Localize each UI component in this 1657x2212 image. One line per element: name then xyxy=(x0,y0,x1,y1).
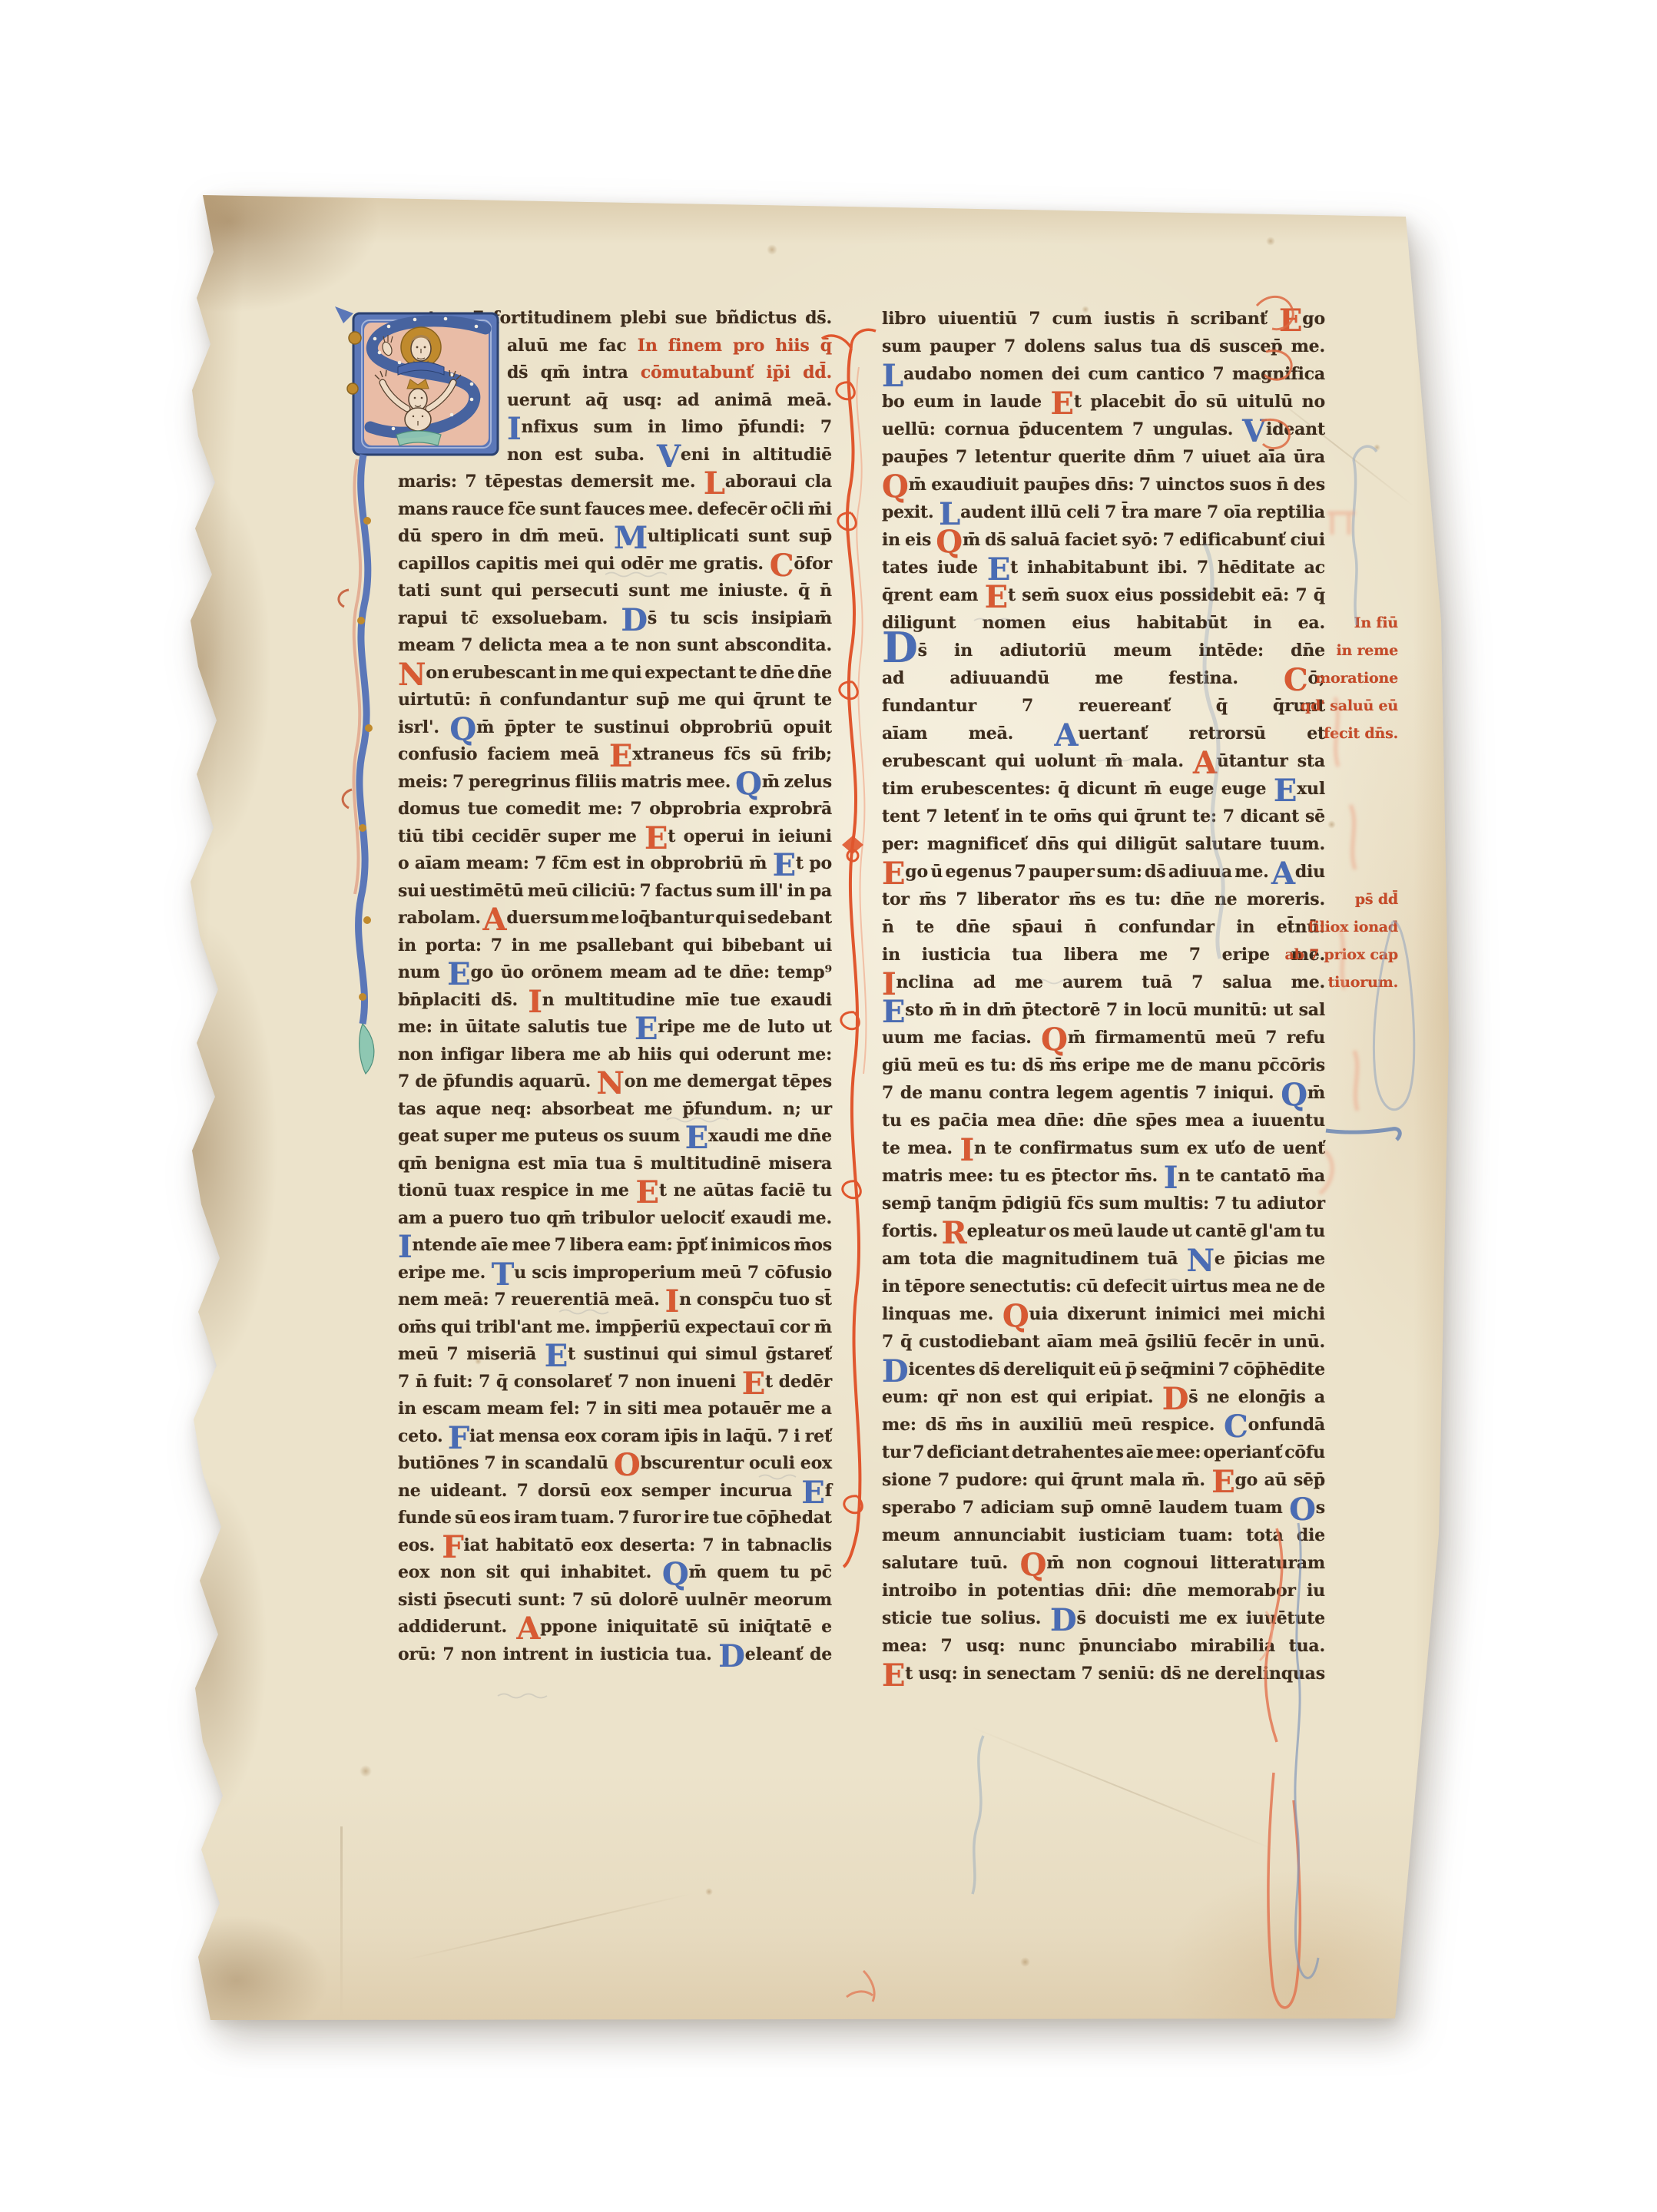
vellum-crease xyxy=(340,1826,343,2018)
manuscript-line: rapuitc̄exsoluebam.Ds̄tuscisinsipiam̄ xyxy=(398,605,832,633)
margin-rubric: ps̄ dd̄ xyxy=(1355,886,1398,913)
manuscript-line: om̄squitribl'antme.impp̄eriūexpectauīcor… xyxy=(398,1314,832,1342)
manuscript-line: oaīammeam:7fc̄mestinobprobriūm̄Etpo xyxy=(398,850,832,878)
parchment-surface: rutem7fortitudinemplebisuebñdictusds̄.al… xyxy=(175,190,1460,2026)
manuscript-line: capilloscapitismeiquiodērmegratis.Cōfor xyxy=(398,551,832,578)
vellum-crease xyxy=(970,1727,1277,1852)
manuscript-line: tatesiudeEtinhabitabuntibi.7hēditateac xyxy=(882,554,1325,581)
manuscript-line: sione7pudore:quiq̄runtmalam̄.Egoaūsēp̄ xyxy=(882,1466,1325,1494)
manuscript-line: sperabo7adiciamsup̄omnēlaudemtuamOs xyxy=(882,1494,1325,1522)
manuscript-line: Qm̄exaudiuitpaup̄esdn̄s:7uinctossuosn̄de… xyxy=(882,471,1325,498)
manuscript-line: rutem7fortitudinemplebisuebñdictusds̄. xyxy=(398,305,832,333)
manuscript-line: meumannunciabitiusticiamtuam:totadie xyxy=(882,1522,1325,1549)
manuscript-line: 7q̄custodiebantaīammeāḡsiliūfecērinunū. xyxy=(882,1328,1325,1356)
manuscript-line: mea:7usq:nuncp̄nunciabomirabiliatua. xyxy=(882,1632,1325,1660)
manuscript-line: eripeme.Tuscisimproperiummeū7cōfusio xyxy=(398,1260,832,1287)
manuscript-line: Infixussuminlimop̄fundi:7 xyxy=(398,414,832,442)
manuscript-line: uellū:cornuap̄ducentem7ungulas.Videant xyxy=(882,416,1325,443)
manuscript-line: amtotadiemagnitudinemtuāNep̄iciasme xyxy=(882,1245,1325,1273)
manuscript-line: tur7deficiantdetrahentesaīemee:operianťc… xyxy=(882,1439,1325,1466)
margin-rubric: moratione xyxy=(1315,664,1398,692)
manuscript-line: aluūmefacInfinemprohiisq̄ xyxy=(398,333,832,360)
manuscript-line: erubescantquiuoluntm̄mala.Aūtantursta xyxy=(882,747,1325,775)
manuscript-line: tatisuntquipersecutisuntmeiniuste.q̄n̄ xyxy=(398,578,832,605)
manuscript-line: tuespac̄iameadn̄e:dn̄esp̄esmeaaiuuentu xyxy=(882,1107,1325,1134)
manuscript-line: isrl'.Qm̄p̄ptertesustinuiobprobriūopuit xyxy=(398,714,832,742)
manuscript-line: Etusq:insenectam7seniū:ds̄nederelinquas xyxy=(882,1660,1325,1687)
manuscript-line: 7dep̄fundisaquarū.Nonmedemergattēpes xyxy=(398,1068,832,1096)
margin-rubric: ab 7 priox cap xyxy=(1284,941,1398,969)
margin-rubric: in reme xyxy=(1336,637,1398,664)
manuscript-line: Egoūegenus7paupersum:ds̄adiuuame.Adiu xyxy=(882,858,1325,886)
manuscript-line: paup̄es7letenturqueritedn̄m7uiuetaīaūra xyxy=(882,443,1325,471)
manuscript-line: boeuminlaudeEtplacebitd̄osūuitulūno xyxy=(882,388,1325,416)
manuscript-line: confusiofaciemmeāExtraneusfc̄ssūfrib; xyxy=(398,741,832,769)
manuscript-line: tasaqueneq:absorbeatmep̄fundum.n;ur xyxy=(398,1096,832,1124)
manuscript-line: meis:7peregrinusfiliismatrismee.Qm̄zelus xyxy=(398,769,832,796)
manuscript-line: Ds̄inadiutoriūmeumintēde:dn̄ein reme xyxy=(882,637,1325,664)
foxing-spot xyxy=(1020,1957,1030,1967)
manuscript-line: butiōnes7inscandalūObscurenturoculieox xyxy=(398,1450,832,1478)
manuscript-line: tent7letenťinteom̄squiq̄runtte:7dicantsē xyxy=(882,803,1325,830)
manuscript-line: inporta:7inmepsallebantquibibebantui xyxy=(398,932,832,960)
manuscript-line: sumpauper7dolenssalustuads̄suscep̄me. xyxy=(882,333,1325,360)
manuscript-line: ineisQm̄ds̄saluāfacietsyō:7edificabunťci… xyxy=(882,526,1325,554)
manuscript-line: 7demanucontralegemagentis7iniqui.Qm̄ xyxy=(882,1079,1325,1107)
manuscript-line: sistip̄secutisunt:7sūdolorēuulnērmeorum xyxy=(398,1587,832,1614)
manuscript-line: suiuestimētūmeūciliciū:7factussumill'inp… xyxy=(398,878,832,906)
marginal-vine xyxy=(339,455,374,1074)
manuscript-line: uirtutū:n̄confundantursup̄mequiq̄runtte xyxy=(398,687,832,714)
manuscript-line: librouiuentiū7cumiustisn̄scribanťEgo xyxy=(882,305,1325,333)
manuscript-line: mansraucefc̄esuntfaucesmee.defecēroc̄lim… xyxy=(398,496,832,524)
photograph-of-manuscript-leaf: rutem7fortitudinemplebisuebñdictusds̄.al… xyxy=(0,0,1657,2212)
manuscript-line: meū7miseriāEtsustinuiquisimulḡstareť xyxy=(398,1341,832,1369)
manuscript-line: Intendeaīemee7liberaeam:p̄pťinimicosm̄os xyxy=(398,1232,832,1260)
manuscript-line: iniusticiatualiberame7eripeme.ab 7 priox… xyxy=(882,941,1325,969)
margin-rubric: tiuorum. xyxy=(1328,969,1398,996)
manuscript-leaf: rutem7fortitudinemplebisuebñdictusds̄.al… xyxy=(175,190,1460,2026)
manuscript-line: numEgoūoorōnemmeamadtedn̄e:temp⁹ xyxy=(398,959,832,987)
gold-boss xyxy=(349,332,361,344)
manuscript-line: tionūtuaxrespiceinmeEtneaūtasfaciētu xyxy=(398,1177,832,1205)
manuscript-line: nemmeā:7reuerentiāmeā.Inconspc̄utuost̄ xyxy=(398,1286,832,1314)
manuscript-line: pexit.Laudentillūceli7t̄ramare7oīareptil… xyxy=(882,498,1325,526)
text-column-left: rutem7fortitudinemplebisuebñdictusds̄.al… xyxy=(398,305,832,1668)
foxing-spot xyxy=(360,1765,372,1777)
manuscript-line: qm̄benignaestmīatuas̄multitudinēmisera xyxy=(398,1151,832,1178)
manuscript-line: fundantur7reuereanťq̄q̄runtqd' saluū eū xyxy=(882,692,1325,720)
manuscript-line: Nonerubescantinmequiexpectanttedn̄edn̄e xyxy=(398,660,832,687)
manuscript-line: addiderunt.Apponeiniquitatēsūiniq̄tatēe xyxy=(398,1614,832,1641)
manuscript-line: maris:7tēpestasdemersitme.Laborauicla xyxy=(398,469,832,496)
manuscript-line: Dicentesds̄dereliquiteūp̄seq̄mini7cōp̄hē… xyxy=(882,1356,1325,1383)
manuscript-line: nonestsuba.Veniinaltitudiē xyxy=(398,442,832,469)
manuscript-line: eum:qr̄nonestquieripiat.Ds̄neelonḡisa xyxy=(882,1383,1325,1411)
manuscript-line: rabolam.Aduersummeloq̄banturquisedebant xyxy=(398,905,832,932)
manuscript-line: Laudabonomendeicumcantico7magnifica xyxy=(882,360,1325,388)
margin-rubric: fecit dn̄s. xyxy=(1324,720,1398,747)
foxing-spot xyxy=(1266,237,1275,246)
margin-rubric: qd' saluū eū xyxy=(1301,692,1398,720)
manuscript-line: bn̄placitids̄.Inmultitudinemīetueexaudi xyxy=(398,987,832,1015)
manuscript-line: domustuecomeditme:7obprobriaexprobrā xyxy=(398,796,832,823)
foxing-spot xyxy=(705,1888,713,1896)
manuscript-line: eos.Fiathabitatōeoxdeserta:7intabnaclis xyxy=(398,1532,832,1560)
manuscript-line: timerubescentes:q̄dicuntm̄eugeeugeExul xyxy=(882,775,1325,803)
blue-underline-flourish xyxy=(1326,1129,1400,1140)
foxing-spot xyxy=(767,244,777,255)
manuscript-line: diliguntnomeneiushabitabūtinea.In fiū xyxy=(882,609,1325,637)
margin-rubric: filiox ionad xyxy=(1308,913,1398,941)
manuscript-line: me:ds̄m̄sinauxiliūmeūrespice.Confundā xyxy=(882,1411,1325,1439)
manuscript-line: ds̄qm̄intracōmutabunťip̄idd̄. xyxy=(398,359,832,387)
gold-boss xyxy=(347,383,358,394)
manuscript-line: per:magnificeťdn̄squidiligūtsalutaretuum… xyxy=(882,830,1325,858)
manuscript-line: fundesūeosiramtuam.7furoriretuecōp̄hedat xyxy=(398,1505,832,1532)
text-column-right: librouiuentiū7cumiustisn̄scribanťEgosump… xyxy=(882,305,1325,1687)
manuscript-line: linquasme.Quiadixeruntinimicimeimichi xyxy=(882,1300,1325,1328)
manuscript-line: uummefacias.Qm̄firmamentūmeū7refu xyxy=(882,1024,1325,1051)
manuscript-line: meam7delictameaatenonsuntabscondita. xyxy=(398,632,832,660)
manuscript-line: Estom̄indm̄p̄tectorē7inlocūmunitū:utsal xyxy=(882,996,1325,1024)
manuscript-line: dūsperoindm̄meū.Multiplicatisuntsup̄ xyxy=(398,523,832,551)
manuscript-line: fortis.Repleaturosmeūlaudeutcantēgl'amtu xyxy=(882,1217,1325,1245)
manuscript-line: sticietuesolius.Ds̄docuistimeexiuuētute xyxy=(882,1604,1325,1632)
manuscript-line: me:inūitatesalutistueEripemedelutout xyxy=(398,1014,832,1041)
foxing-spot xyxy=(1327,820,1336,829)
margin-rubric: In fiū xyxy=(1354,609,1398,637)
manuscript-line: inescammeamfel:7insitimeapotauērmea xyxy=(398,1396,832,1423)
foxing-spot xyxy=(1374,444,1380,451)
manuscript-line: amapuerotuoqm̄tribuloruelociťexaudime. xyxy=(398,1205,832,1233)
manuscript-line: 7n̄fuit:7q̄consolareť7noninueniEtdedēr xyxy=(398,1369,832,1396)
manuscript-line: Inclinaadmeauremtuā7saluame.tiuorum. xyxy=(882,969,1325,996)
manuscript-line: intēporesenectutis:cūdefecituirtusmeaned… xyxy=(882,1273,1325,1300)
manuscript-line: tiūtibicecidērsupermeEtoperuiinieiuni xyxy=(398,823,832,851)
manuscript-line: torm̄s7liberatorm̄sestu:dn̄enemoreris.ps… xyxy=(882,886,1325,913)
manuscript-line: ceto.Fiatmensaeoxcoramip̄isinlaq̄ū.7ireť xyxy=(398,1423,832,1451)
vellum-crease xyxy=(402,1892,694,1962)
manuscript-line: aīammeā.Auertanťretrorsūetfecit dn̄s. xyxy=(882,720,1325,747)
manuscript-line: giūmeūestu:ds̄m̄seripemedemanupc̄cōris xyxy=(882,1051,1325,1079)
manuscript-line: q̄renteamEtsem̄suoxeiuspossidebiteā:7q̄ xyxy=(882,581,1325,609)
manuscript-line: adadiuuandūmefestina.Cō;moratione xyxy=(882,664,1325,692)
manuscript-line: temea.Inteconfirmatussumexuťodeuenť xyxy=(882,1134,1325,1162)
manuscript-line: noninfigarliberameabhiisquioderuntme: xyxy=(398,1041,832,1069)
foxing-spot xyxy=(1205,2126,1212,2134)
manuscript-line: geatsupermeputeusossuumExaudimedn̄e xyxy=(398,1123,832,1151)
manuscript-line: eoxnonsitquiinhabitet.Qm̄quemtupc̄ xyxy=(398,1559,832,1587)
manuscript-line: salutaretuū.Qm̄noncognouilitteraturam xyxy=(882,1549,1325,1577)
manuscript-line: semp̄tanq̄mp̄digiūfc̄ssummultis:7tuadiut… xyxy=(882,1190,1325,1217)
manuscript-line: n̄tedn̄esp̄auin̄confundarinet̄nū:filiox … xyxy=(882,913,1325,941)
manuscript-line: neuideant.7dorsūeoxsemperincuruaEf xyxy=(398,1478,832,1505)
manuscript-line: ueruntaq̄usq:adanimāmeā. xyxy=(398,387,832,415)
ghost-red-offsets xyxy=(1320,513,1357,1194)
manuscript-line: introiboinpotentiasdn̄i:dn̄ememoraboriu xyxy=(882,1577,1325,1604)
manuscript-line: matrismee:tuesp̄tectorm̄s.Intecantatōm̄a xyxy=(882,1162,1325,1190)
manuscript-line: orū:7nonintrentiniusticiatua.Deleanťde xyxy=(398,1641,832,1669)
